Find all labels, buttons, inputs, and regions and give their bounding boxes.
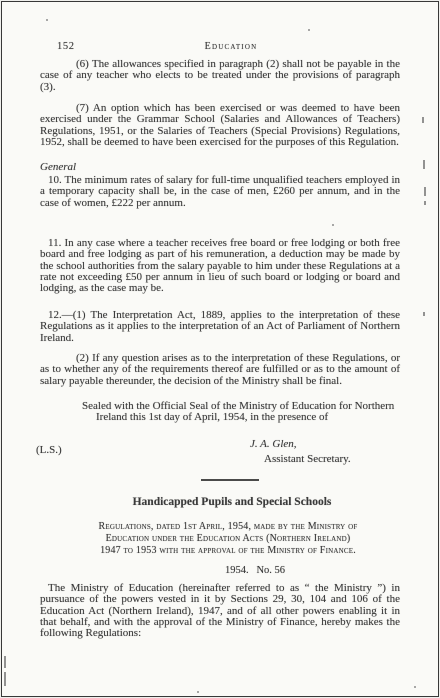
scan-artifact — [424, 201, 426, 205]
paragraph-10: 10. The minimum rates of salary for full… — [40, 175, 400, 209]
signature-title: Assistant Secretary. — [264, 453, 351, 465]
document-page: 152 Education (6) The allowances specifi… — [1, 1, 439, 697]
scan-artifact — [423, 312, 425, 316]
scan-artifact — [414, 686, 416, 688]
regulation-title: Handicapped Pupils and Special Schools — [52, 497, 412, 508]
paragraph-11: 11. In any case where a teacher receives… — [40, 238, 400, 294]
regulation-citation: Regulations, dated 1st April, 1954, made… — [48, 521, 408, 557]
seal-mark: (L.S.) — [36, 444, 62, 456]
section-divider — [201, 479, 259, 481]
scan-artifact — [4, 656, 6, 668]
paragraph-6: (6) The allowances specified in paragrap… — [40, 59, 400, 93]
citation-line: Education under the Education Acts (Nort… — [48, 533, 408, 545]
paragraph-12-2: (2) If any question arises as to the int… — [40, 353, 400, 387]
general-heading: General — [40, 162, 400, 173]
scan-artifact — [197, 691, 199, 693]
scan-artifact — [332, 224, 334, 226]
scan-artifact — [424, 187, 426, 196]
scan-artifact — [422, 117, 424, 123]
scan-artifact — [308, 29, 310, 31]
regulation-preamble: The Ministry of Education (hereinafter r… — [40, 583, 400, 639]
regulation-number: 1954. No. 56 — [75, 565, 435, 576]
paragraph-7: (7) An option which has been exercised o… — [40, 103, 400, 148]
citation-line: 1947 to 1953 with the approval of the Mi… — [48, 545, 408, 557]
citation-line: Regulations, dated 1st April, 1954, made… — [48, 521, 408, 533]
paragraph-12-1: 12.—(1) The Interpretation Act, 1889, ap… — [40, 310, 400, 344]
scan-artifact — [46, 19, 48, 21]
signature-name: J. A. Glen, — [250, 438, 297, 450]
scan-artifact — [4, 672, 6, 686]
scan-artifact — [423, 160, 425, 169]
sealing-clause: Sealed with the Official Seal of the Min… — [40, 401, 400, 424]
running-header: Education — [51, 41, 411, 52]
